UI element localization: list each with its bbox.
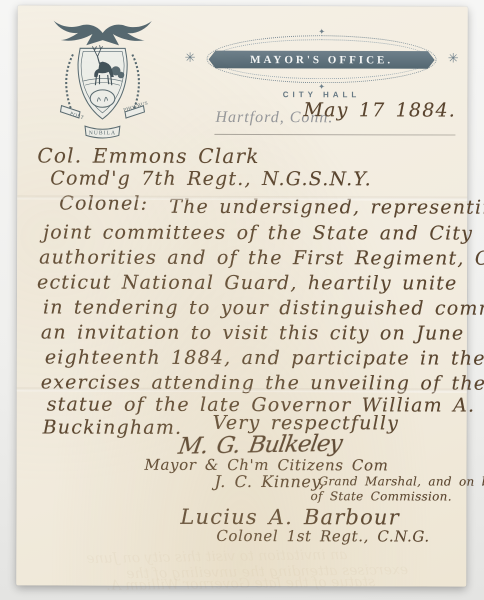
signature-barbour: Lucius A. Barbour: [180, 505, 400, 530]
signature-barbour-title: Colonel 1st Regt., C.N.G.: [216, 527, 429, 546]
recipient-unit: Comd'g 7th Regt., N.G.S.N.Y.: [50, 167, 372, 190]
shield-outline: [78, 48, 127, 119]
office-title-bar: MAYOR'S OFFICE.: [209, 49, 435, 71]
letter-paper: POST PHOEBUS NUBILA ✳ ✳ ✦ ✦ MAYOR'S OFFI…: [16, 5, 468, 586]
signature-kinney-title2: of State Commission.: [310, 489, 451, 503]
body-line: eighteenth 1884, and participate in the: [45, 346, 484, 369]
body-line: an invitation to visit this city on June: [41, 321, 465, 344]
body-line: in tendering to your distinguished comma…: [43, 296, 484, 319]
sparkle-ornament-icon: ✦: [318, 27, 325, 36]
mayors-office-banner: ✳ ✳ ✦ ✦ MAYOR'S OFFICE.: [201, 33, 443, 86]
dateline-rule: [214, 134, 455, 136]
crest-graphic: POST PHOEBUS NUBILA: [49, 17, 155, 145]
handwritten-date: May 17 1884.: [303, 99, 456, 121]
tree-icon: [118, 72, 125, 79]
photo-background: POST PHOEBUS NUBILA ✳ ✳ ✦ ✦ MAYOR'S OFFI…: [0, 0, 484, 600]
crest-motto-bottom: NUBILA: [89, 130, 116, 136]
body-line: joint committees of the State and City: [43, 221, 473, 244]
body-line: Buckingham.: [43, 416, 183, 438]
signature-kinney: J. C. Kinney,: [214, 472, 324, 491]
office-title: MAYOR'S OFFICE.: [250, 54, 393, 66]
eagle-icon: [54, 21, 152, 46]
hartford-city-crest: POST PHOEBUS NUBILA: [49, 17, 155, 145]
crest-motto-left: POST: [69, 111, 85, 121]
body-line: ecticut National Guard, heartily unite: [37, 271, 458, 294]
office-subtitle: CITY HALL: [201, 90, 443, 100]
recipient-name: Col. Emmons Clark: [37, 143, 259, 168]
signature-kinney-title: Grand Marshal, and on behalf: [318, 474, 484, 489]
cross-ornament-icon: ✳: [185, 51, 196, 66]
cross-ornament-icon: ✳: [448, 52, 459, 67]
bleedthrough-ghost-text: statue of the late Governor William A.: [106, 574, 375, 594]
body-line: authorities and of the First Regiment, C…: [39, 246, 484, 269]
